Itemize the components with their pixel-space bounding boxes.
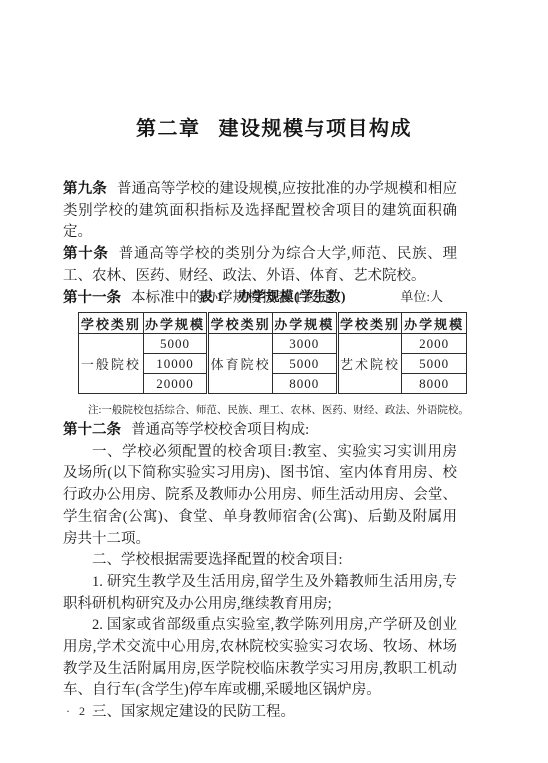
table-unit-label: 单位:人 bbox=[400, 287, 443, 307]
article-12-item-2-2: 2. 国家或省部级重点实验室,教学陈列用房,产学研及创业用房,学术交流中心用房,… bbox=[63, 615, 457, 702]
table-header-row: 学校类别 办学规模 学校类别 办学规模 学校类别 办学规模 bbox=[79, 313, 467, 334]
table-caption-row: 表 1 办学规模(学生数) 单位:人 bbox=[78, 287, 467, 307]
category-sports: 体育院校 bbox=[208, 334, 273, 394]
sports-scale-1: 3000 bbox=[272, 334, 337, 354]
document-page: 第二章建设规模与项目构成 第九条普通高等学校的建设规模,应按批准的办学规模和相应… bbox=[0, 0, 548, 763]
article-9-label: 第九条 bbox=[63, 181, 107, 197]
arts-scale-3: 8000 bbox=[402, 374, 467, 394]
general-scale-3: 20000 bbox=[143, 374, 208, 394]
header-scale-2: 办学规模 bbox=[272, 313, 337, 334]
header-scale-1: 办学规模 bbox=[143, 313, 208, 334]
arts-scale-2: 5000 bbox=[402, 354, 467, 374]
category-general: 一般院校 bbox=[79, 334, 144, 394]
table-row: 一般院校 5000 体育院校 3000 艺术院校 2000 bbox=[79, 334, 467, 354]
article-12-intro: 普通高等学校校舍项目构成: bbox=[131, 422, 309, 438]
general-scale-2: 10000 bbox=[143, 354, 208, 374]
sports-scale-2: 5000 bbox=[272, 354, 337, 374]
header-school-type-2: 学校类别 bbox=[208, 313, 273, 334]
chapter-title: 第二章建设规模与项目构成 bbox=[0, 112, 548, 141]
article-12-item-2-1: 1. 研究生教学及生活用房,留学生及外籍教师生活用房,专职科研机构研究及办公用房… bbox=[63, 572, 457, 615]
category-arts: 艺术院校 bbox=[337, 334, 402, 394]
article-9: 第九条普通高等学校的建设规模,应按批准的办学规模和相应类别学校的建筑面积指标及选… bbox=[63, 179, 457, 244]
article-10: 第十条普通高等学校的类别分为综合大学,师范、民族、理工、农林、医药、财经、政法、… bbox=[63, 244, 457, 287]
article-9-text: 普通高等学校的建设规模,应按批准的办学规模和相应类别学校的建筑面积指标及选择配置… bbox=[63, 181, 457, 240]
article-10-text: 普通高等学校的类别分为综合大学,师范、民族、理工、农林、医药、财经、政法、外语、… bbox=[63, 246, 457, 284]
header-school-type-3: 学校类别 bbox=[337, 313, 402, 334]
article-12-heading: 第十二条普通高等学校校舍项目构成: bbox=[63, 420, 457, 442]
article-12-block: 第十二条普通高等学校校舍项目构成: 一、学校必须配置的校舍项目:教室、实验实习实… bbox=[63, 420, 457, 724]
chapter-number: 第二章 bbox=[136, 118, 201, 140]
article-12-label: 第十二条 bbox=[63, 422, 121, 438]
article-12-item-3: 三、国家规定建设的民防工程。 bbox=[63, 702, 457, 724]
enrollment-scale-table: 学校类别 办学规模 学校类别 办学规模 学校类别 办学规模 一般院校 5000 … bbox=[78, 312, 467, 394]
article-10-label: 第十条 bbox=[63, 246, 109, 262]
sports-scale-3: 8000 bbox=[272, 374, 337, 394]
header-school-type-1: 学校类别 bbox=[79, 313, 144, 334]
arts-scale-1: 2000 bbox=[402, 334, 467, 354]
table-footnote: 注:一般院校包括综合、师范、民族、理工、农林、医药、财经、政法、外语院校。 bbox=[88, 404, 480, 418]
general-scale-1: 5000 bbox=[143, 334, 208, 354]
article-12-item-1: 一、学校必须配置的校舍项目:教室、实验实习实训用房及场所(以下简称实验实习用房)… bbox=[63, 442, 457, 551]
header-scale-3: 办学规模 bbox=[402, 313, 467, 334]
page-number: · 2 · bbox=[66, 704, 101, 719]
chapter-title-text: 建设规模与项目构成 bbox=[219, 118, 413, 140]
article-12-item-2: 二、学校根据需要选择配置的校舍项目: bbox=[63, 550, 457, 572]
